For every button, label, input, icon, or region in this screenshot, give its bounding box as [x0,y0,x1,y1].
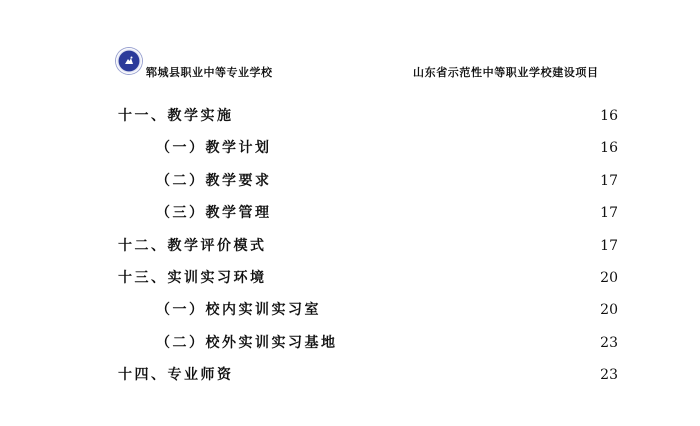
document-page: 郓城县职业中等专业学校 山东省示范性中等职业学校建设项目 十一、教学实施 16 … [0,0,700,426]
toc-entry[interactable]: 十四、专业师资 23 [118,363,618,395]
toc-entry-page: 17 [600,234,618,258]
toc-entry-page: 17 [600,169,618,193]
toc-entry-page: 17 [600,201,618,225]
toc-entry-title: （一）教学计划 [156,136,272,160]
school-name: 郓城县职业中等专业学校 [146,64,273,80]
page-header: 郓城县职业中等专业学校 山东省示范性中等职业学校建设项目 [116,48,616,80]
toc-entry[interactable]: （一）教学计划 16 [118,136,618,168]
toc-entry-title: （三）教学管理 [156,201,272,225]
toc-entry-title: （二）教学要求 [156,169,272,193]
emblem-figure-icon [123,55,135,67]
toc-entry-page: 20 [600,298,618,322]
table-of-contents: 十一、教学实施 16 （一）教学计划 16 （二）教学要求 17 （三）教学管理… [118,104,618,396]
toc-entry-title: 十二、教学评价模式 [118,234,267,258]
toc-entry-title: 十三、实训实习环境 [118,266,267,290]
toc-entry[interactable]: （二）校外实训实习基地 23 [118,331,618,363]
toc-entry-page: 20 [600,266,618,290]
toc-entry-page: 23 [600,363,618,387]
toc-entry-page: 23 [600,331,618,355]
school-emblem-icon [116,48,142,74]
project-name: 山东省示范性中等职业学校建设项目 [413,64,599,80]
toc-entry-title: 十一、教学实施 [118,104,234,128]
toc-entry-page: 16 [600,136,618,160]
toc-entry-title: 十四、专业师资 [118,363,234,387]
toc-entry[interactable]: （一）校内实训实习室 20 [118,298,618,330]
toc-entry[interactable]: 十二、教学评价模式 17 [118,234,618,266]
toc-entry[interactable]: 十一、教学实施 16 [118,104,618,136]
toc-entry[interactable]: （二）教学要求 17 [118,169,618,201]
toc-entry-page: 16 [600,104,618,128]
toc-entry[interactable]: 十三、实训实习环境 20 [118,266,618,298]
toc-entry[interactable]: （三）教学管理 17 [118,201,618,233]
toc-entry-title: （一）校内实训实习室 [156,298,321,322]
toc-entry-title: （二）校外实训实习基地 [156,331,338,355]
